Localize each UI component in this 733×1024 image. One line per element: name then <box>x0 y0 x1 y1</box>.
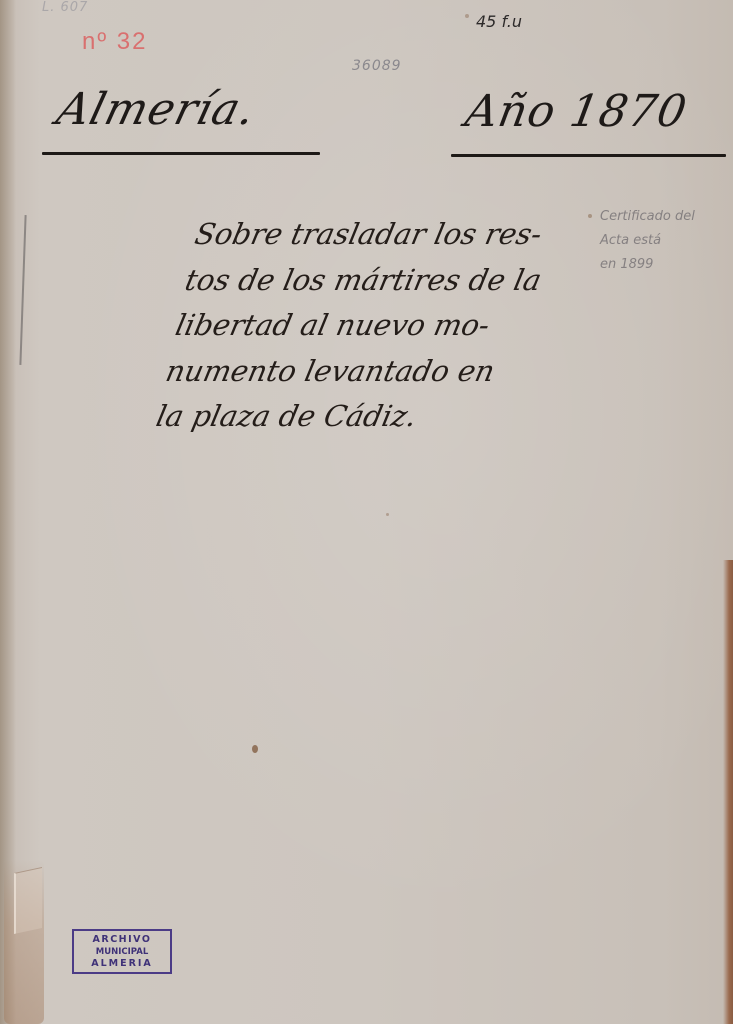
side-note-line: Certificado del <box>600 205 730 229</box>
right-edge-shadow <box>723 560 733 1024</box>
subject-line: Sobre trasladar los res- <box>191 212 601 258</box>
side-note-line: en 1899 <box>600 253 730 277</box>
folio-count: 45 f.u <box>476 12 522 31</box>
stamp-line: ALMERIA <box>91 958 153 970</box>
file-number-prefix: nº <box>82 28 108 55</box>
year-heading: Año 1870 <box>462 86 692 137</box>
pencil-inventory-number: 36089 <box>352 58 402 74</box>
old-reference-code: L. 607 <box>42 0 88 15</box>
ink-spot <box>386 513 389 516</box>
paper-crease <box>19 215 26 365</box>
subject-line: la plaza de Cádiz. <box>152 394 562 440</box>
place-underline <box>42 152 320 155</box>
paper-tear <box>14 867 42 934</box>
ink-spot <box>465 14 469 18</box>
side-note-line: Acta está <box>600 229 730 253</box>
ink-spot <box>252 745 258 753</box>
file-number-value: 32 <box>117 28 148 55</box>
faded-mark <box>92 990 162 1018</box>
archive-stamp: ARCHIVO MUNICIPAL ALMERIA <box>72 929 172 974</box>
year-underline <box>451 154 726 157</box>
subject-text: Sobre trasladar los res- tos de los márt… <box>152 212 600 440</box>
document-page: L. 607 nº 32 36089 45 f.u Almería. Año 1… <box>0 0 733 1024</box>
subject-line: numento levantado en <box>161 349 571 395</box>
subject-line: libertad al nuevo mo- <box>171 303 581 349</box>
file-number: nº 32 <box>82 28 148 56</box>
stamp-line: ARCHIVO <box>93 934 152 946</box>
place-heading: Almería. <box>52 84 262 135</box>
stamp-line: MUNICIPAL <box>96 946 148 958</box>
pencil-side-note: Certificado del Acta está en 1899 <box>600 205 730 277</box>
subject-line: tos de los mártires de la <box>181 258 591 304</box>
